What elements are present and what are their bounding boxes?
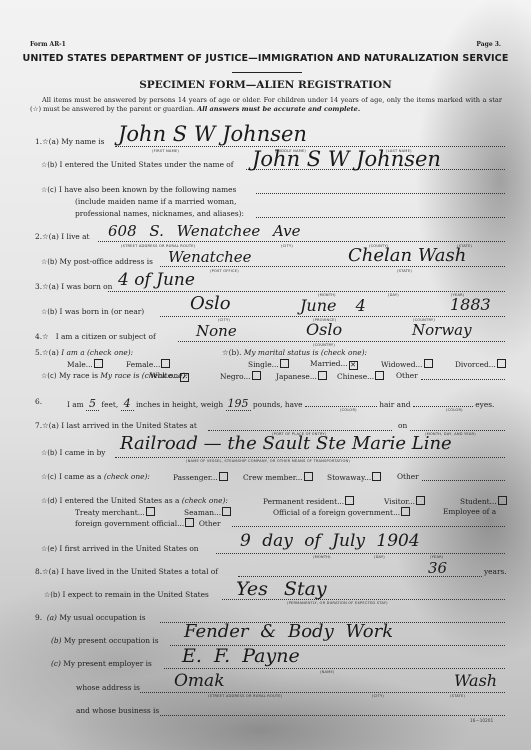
passenger-checkbox[interactable] [219, 472, 228, 481]
option-divorced[interactable]: Divorced... [455, 359, 506, 369]
single-checkbox[interactable] [280, 359, 289, 368]
citizenship-field-3[interactable]: Norway [412, 321, 472, 339]
years-lived-field[interactable]: 36 [428, 559, 447, 577]
birth-country-field[interactable]: 1883 [450, 295, 491, 314]
q1c-label: ☆(c) I have also been known by the follo… [41, 185, 236, 194]
q8a-label: 8.☆(a) I have lived in the United States… [35, 567, 218, 576]
q3a-label: 3.☆(a) I was born on [35, 282, 112, 291]
alien-registration-form: Form AR-1 Page 3. UNITED STATES DEPARTME… [0, 0, 531, 750]
option-seaman[interactable]: Seaman... [184, 507, 231, 517]
employer-business-label: and whose business is [76, 706, 159, 715]
q3a-line [108, 291, 505, 292]
option-japanese[interactable]: Japanese... [276, 371, 327, 381]
hair-color-field[interactable] [305, 406, 377, 407]
employee-of-official-checkbox[interactable] [185, 518, 194, 527]
option-foreign-official[interactable]: Official of a foreign government... [273, 507, 410, 517]
student-checkbox[interactable] [498, 496, 507, 505]
q8b-label: ☆(b) I expect to remain in the United St… [44, 590, 209, 599]
q7e-line [216, 553, 505, 554]
residence-field[interactable]: 608 S. Wenatchee Ave [108, 222, 301, 240]
option-student[interactable]: Student... [460, 496, 507, 506]
feet-field[interactable]: 5 [86, 397, 99, 411]
inches-field[interactable]: 4 [121, 397, 134, 411]
agency-title: UNITED STATES DEPARTMENT OF JUSTICE—IMMI… [0, 53, 531, 64]
option-employee-of-official[interactable]: Employee of a [443, 507, 496, 516]
first-arrival-field[interactable]: 9 day of July 1904 [240, 531, 420, 551]
transport-field[interactable]: Railroad — the Sault Ste Marie Line [120, 433, 452, 454]
q5a-label: 5.☆(a) I am a (check one): [35, 348, 133, 357]
q9b-label: (b) My present occupation is [51, 636, 159, 645]
option-negro[interactable]: Negro... [220, 371, 261, 381]
option-white[interactable]: White...✓ [150, 371, 189, 382]
q7d-label: ☆(d) I entered the United States as a (c… [41, 496, 228, 505]
crew-member-checkbox[interactable] [304, 472, 313, 481]
widowed-checkbox[interactable] [424, 359, 433, 368]
birth-date-field[interactable]: 4 of June [118, 270, 195, 290]
male-checkbox[interactable] [94, 359, 103, 368]
q4-label: 4.☆ I am a citizen or subject of [35, 332, 156, 341]
option-visitor[interactable]: Visitor... [384, 496, 425, 506]
form-title: SPECIMEN FORM—ALIEN REGISTRATION [0, 79, 531, 91]
citizenship-field-2[interactable]: Oslo [306, 320, 342, 339]
q3b-label: ☆(b) I was born in (or near) [41, 307, 144, 316]
q5b-label: ☆(b). My marital status is (check one): [222, 348, 367, 357]
last-arrival-date-field[interactable] [410, 430, 505, 431]
option-female[interactable]: Female... [126, 359, 170, 369]
expected-stay-field[interactable]: Yes Stay [236, 578, 327, 600]
employer-street-field[interactable]: Omak [174, 671, 225, 691]
employer-business-field[interactable] [160, 715, 505, 716]
entered-as-other-field[interactable] [232, 526, 505, 527]
q6-num: 6. [35, 397, 42, 406]
entry-name-field[interactable]: John S W Johnsen [252, 147, 441, 171]
married-checkbox[interactable]: ✕ [349, 361, 358, 370]
aliases-line-2[interactable] [256, 217, 505, 218]
aliases-line-1[interactable] [256, 193, 505, 194]
option-single[interactable]: Single... [248, 359, 289, 369]
employer-state-field[interactable]: Wash [454, 671, 497, 690]
option-treaty-merchant[interactable]: Treaty merchant... [75, 507, 155, 517]
q7b-label: ☆(b) I came in by [41, 448, 105, 457]
citizenship-field-1[interactable]: None [196, 322, 237, 340]
chinese-checkbox[interactable] [375, 371, 384, 380]
instructions: All items must be answered by persons 14… [30, 96, 502, 113]
q2b-line [160, 266, 505, 267]
option-permanent-resident[interactable]: Permanent resident... [263, 496, 354, 506]
q7a-label: 7.☆(a) I last arrived in the United Stat… [35, 421, 197, 430]
race-other-label: Other [396, 371, 418, 380]
q2a-line [98, 241, 505, 242]
option-male[interactable]: Male... [67, 359, 103, 369]
q1a-label: 1.☆(a) My name is [35, 137, 104, 146]
q1b-label: ☆(b) I entered the United States under t… [41, 160, 233, 169]
q3b-line [160, 316, 505, 317]
seaman-checkbox[interactable] [222, 507, 231, 516]
employer-address-line [140, 692, 505, 693]
q9a-label: 9. (a) My usual occupation is [35, 613, 146, 622]
foreign-official-checkbox[interactable] [401, 507, 410, 516]
birth-province-field[interactable]: June 4 [300, 296, 366, 315]
option-passenger[interactable]: Passenger... [173, 472, 228, 482]
name-field[interactable]: John S W Johnsen [118, 122, 307, 146]
q7b-line [115, 457, 505, 458]
came-as-other-field[interactable] [422, 480, 505, 481]
page-number: Page 3. [476, 41, 501, 48]
q9c-label: (c) My present employer is [51, 659, 152, 668]
post-office-state-field[interactable]: Chelan Wash [348, 245, 466, 266]
q7e-label: ☆(e) I first arrived in the United State… [41, 544, 199, 553]
q7c-label: ☆(c) I came as a (check one): [41, 472, 150, 481]
treaty-merchant-checkbox[interactable] [146, 507, 155, 516]
q4-line [178, 341, 505, 342]
female-checkbox[interactable] [161, 359, 170, 368]
divorced-checkbox[interactable] [497, 359, 506, 368]
permanent-resident-checkbox[interactable] [345, 496, 354, 505]
stowaway-checkbox[interactable] [372, 472, 381, 481]
employer-address-label: whose address is [76, 683, 140, 692]
post-office-field[interactable]: Wenatchee [168, 248, 252, 266]
eye-color-field[interactable] [413, 406, 473, 407]
print-code: 16—10201 [470, 718, 493, 723]
employer-field[interactable]: E. F. Payne [182, 645, 300, 667]
option-married[interactable]: Married...✕ [310, 359, 358, 370]
option-widowed[interactable]: Widowed... [381, 359, 433, 369]
q6-row: I am 5 feet, 4 inches in height, weigh 1… [67, 397, 494, 410]
visitor-checkbox[interactable] [416, 496, 425, 505]
q9c-line [164, 668, 505, 669]
form-id: Form AR-1 [30, 41, 66, 48]
option-chinese[interactable]: Chinese... [337, 371, 384, 381]
race-other-field[interactable] [421, 379, 505, 380]
weight-field[interactable]: 195 [226, 397, 251, 411]
q2a-label: 2.☆(a) I live at [35, 232, 90, 241]
option-crew-member[interactable]: Crew member... [243, 472, 313, 482]
birth-city-field[interactable]: Oslo [190, 293, 231, 314]
japanese-checkbox[interactable] [318, 371, 327, 380]
white-checkbox[interactable]: ✓ [180, 373, 189, 382]
present-occupation-field[interactable]: Fender & Body Work [184, 621, 393, 642]
option-stowaway[interactable]: Stowaway... [327, 472, 381, 482]
negro-checkbox[interactable] [252, 371, 261, 380]
q2b-label: ☆(b) My post-office address is [41, 257, 153, 266]
header-divider [232, 72, 302, 73]
entry-port-field[interactable] [208, 430, 392, 431]
instructions-emphasis: All answers must be accurate and complet… [197, 105, 360, 113]
